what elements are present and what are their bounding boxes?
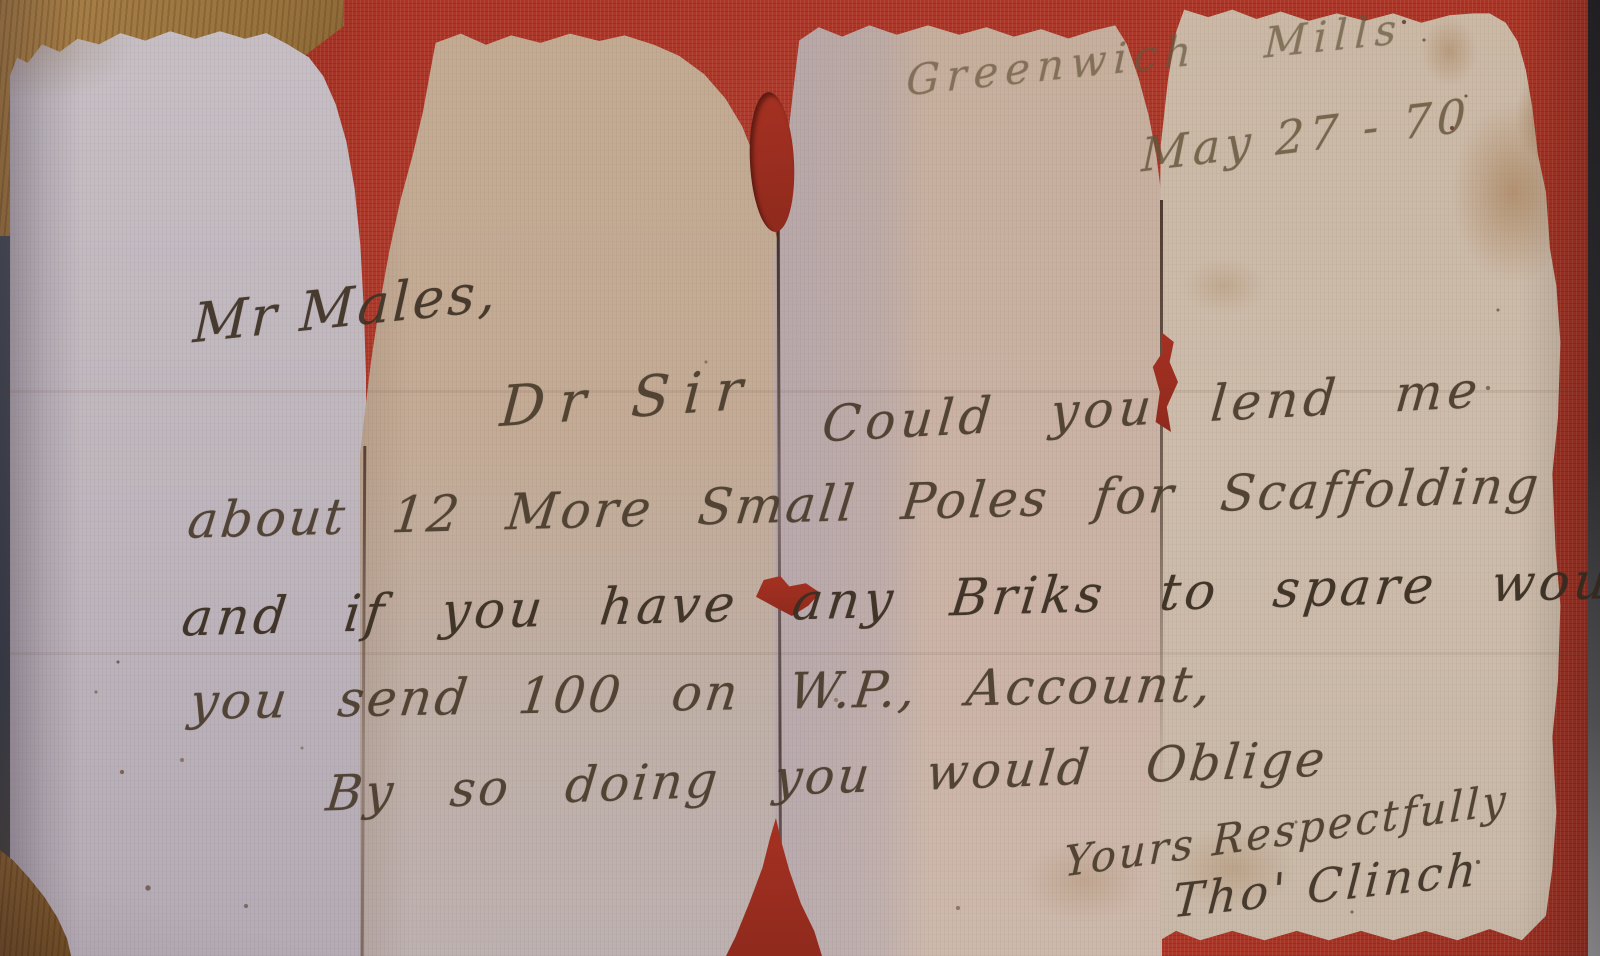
book-edge-right [1588, 0, 1600, 956]
book-edge-left [0, 236, 10, 862]
photo-of-handwritten-letter: Greenwich Mills May 27 - 70 Mr Males, Dr… [0, 0, 1600, 956]
